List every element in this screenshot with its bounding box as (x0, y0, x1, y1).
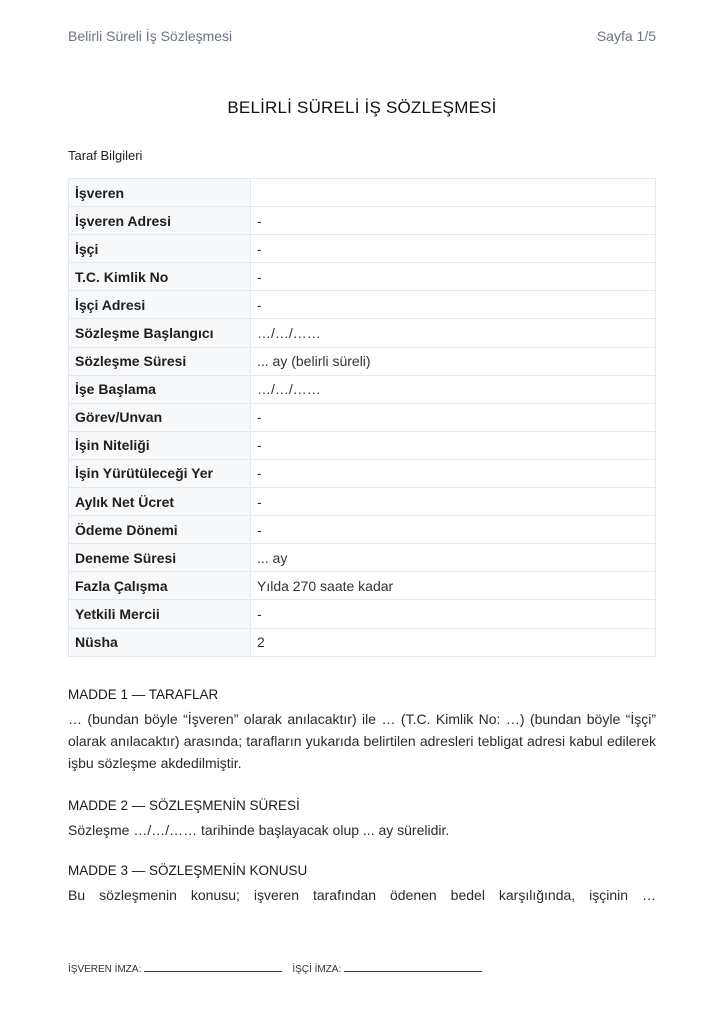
table-row: İşçi Adresi- (69, 291, 656, 319)
page-header: Belirli Süreli İş Sözleşmesi Sayfa 1/5 (68, 28, 656, 44)
row-value: - (251, 516, 656, 544)
employee-signature: İŞÇİ İMZA: (292, 963, 482, 975)
article-body: Bu sözleşmenin konusu; işveren tarafında… (68, 884, 656, 906)
row-value: - (251, 600, 656, 628)
article-1: MADDE 1 — TARAFLAR … (bundan böyle “İşve… (68, 687, 656, 774)
table-row: T.C. Kimlik No- (69, 263, 656, 291)
row-label: Fazla Çalışma (69, 572, 251, 600)
employer-signature-line (144, 963, 282, 972)
article-body: … (bundan böyle “İşveren” olarak anılaca… (68, 708, 656, 774)
row-label: İşveren Adresi (69, 207, 251, 235)
table-row: İşin Niteliği- (69, 431, 656, 459)
table-row: Sözleşme Süresi... ay (belirli süreli) (69, 347, 656, 375)
table-row: İşveren (69, 179, 656, 207)
row-value (251, 179, 656, 207)
document-title: BELİRLİ SÜRELİ İŞ SÖZLEŞMESİ (0, 98, 724, 118)
table-row: Ödeme Dönemi- (69, 516, 656, 544)
row-value: - (251, 235, 656, 263)
row-label: Sözleşme Başlangıcı (69, 319, 251, 347)
row-label: Ödeme Dönemi (69, 516, 251, 544)
row-value: - (251, 403, 656, 431)
row-label: Deneme Süresi (69, 544, 251, 572)
row-label: İşin Yürütüleceği Yer (69, 459, 251, 487)
signature-area: İŞVEREN İMZA: İŞÇİ İMZA: (68, 963, 482, 975)
row-label: İşveren (69, 179, 251, 207)
employer-signature-label: İŞVEREN İMZA: (68, 964, 141, 975)
row-label: İşçi Adresi (69, 291, 251, 319)
row-value: …/…/…… (251, 319, 656, 347)
table-row: İşçi- (69, 235, 656, 263)
table-row: Fazla ÇalışmaYılda 270 saate kadar (69, 572, 656, 600)
row-label: İşin Niteliği (69, 431, 251, 459)
row-value: - (251, 207, 656, 235)
row-value: Yılda 270 saate kadar (251, 572, 656, 600)
party-info-table: İşverenİşveren Adresi-İşçi-T.C. Kimlik N… (68, 178, 656, 657)
table-row: Sözleşme Başlangıcı…/…/…… (69, 319, 656, 347)
row-label: Sözleşme Süresi (69, 347, 251, 375)
row-value: ... ay (251, 544, 656, 572)
article-title: MADDE 1 — TARAFLAR (68, 687, 656, 702)
header-doc-name: Belirli Süreli İş Sözleşmesi (68, 28, 232, 44)
row-value: 2 (251, 628, 656, 656)
employee-signature-line (344, 963, 482, 972)
employee-signature-label: İŞÇİ İMZA: (292, 964, 341, 975)
row-label: İşçi (69, 235, 251, 263)
article-2: MADDE 2 — SÖZLEŞMENİN SÜRESİ Sözleşme …/… (68, 798, 656, 841)
article-body: Sözleşme …/…/…… tarihinde başlayacak olu… (68, 819, 656, 841)
row-value: - (251, 488, 656, 516)
row-label: T.C. Kimlik No (69, 263, 251, 291)
table-row: İşin Yürütüleceği Yer- (69, 459, 656, 487)
employer-signature: İŞVEREN İMZA: (68, 963, 282, 975)
table-row: Nüsha2 (69, 628, 656, 656)
row-value: …/…/…… (251, 375, 656, 403)
row-label: İşe Başlama (69, 375, 251, 403)
row-value: - (251, 291, 656, 319)
row-label: Nüsha (69, 628, 251, 656)
article-3: MADDE 3 — SÖZLEŞMENİN KONUSU Bu sözleşme… (68, 863, 656, 906)
table-row: Yetkili Mercii- (69, 600, 656, 628)
row-label: Yetkili Mercii (69, 600, 251, 628)
section-label-party-info: Taraf Bilgileri (68, 148, 142, 163)
article-title: MADDE 2 — SÖZLEŞMENİN SÜRESİ (68, 798, 656, 813)
table-row: İşveren Adresi- (69, 207, 656, 235)
article-title: MADDE 3 — SÖZLEŞMENİN KONUSU (68, 863, 656, 878)
row-value: - (251, 459, 656, 487)
table-row: Görev/Unvan- (69, 403, 656, 431)
table-row: Deneme Süresi... ay (69, 544, 656, 572)
row-label: Görev/Unvan (69, 403, 251, 431)
page-indicator: Sayfa 1/5 (597, 28, 656, 44)
row-label: Aylık Net Ücret (69, 488, 251, 516)
table-row: İşe Başlama…/…/…… (69, 375, 656, 403)
table-row: Aylık Net Ücret- (69, 488, 656, 516)
row-value: - (251, 263, 656, 291)
row-value: ... ay (belirli süreli) (251, 347, 656, 375)
row-value: - (251, 431, 656, 459)
